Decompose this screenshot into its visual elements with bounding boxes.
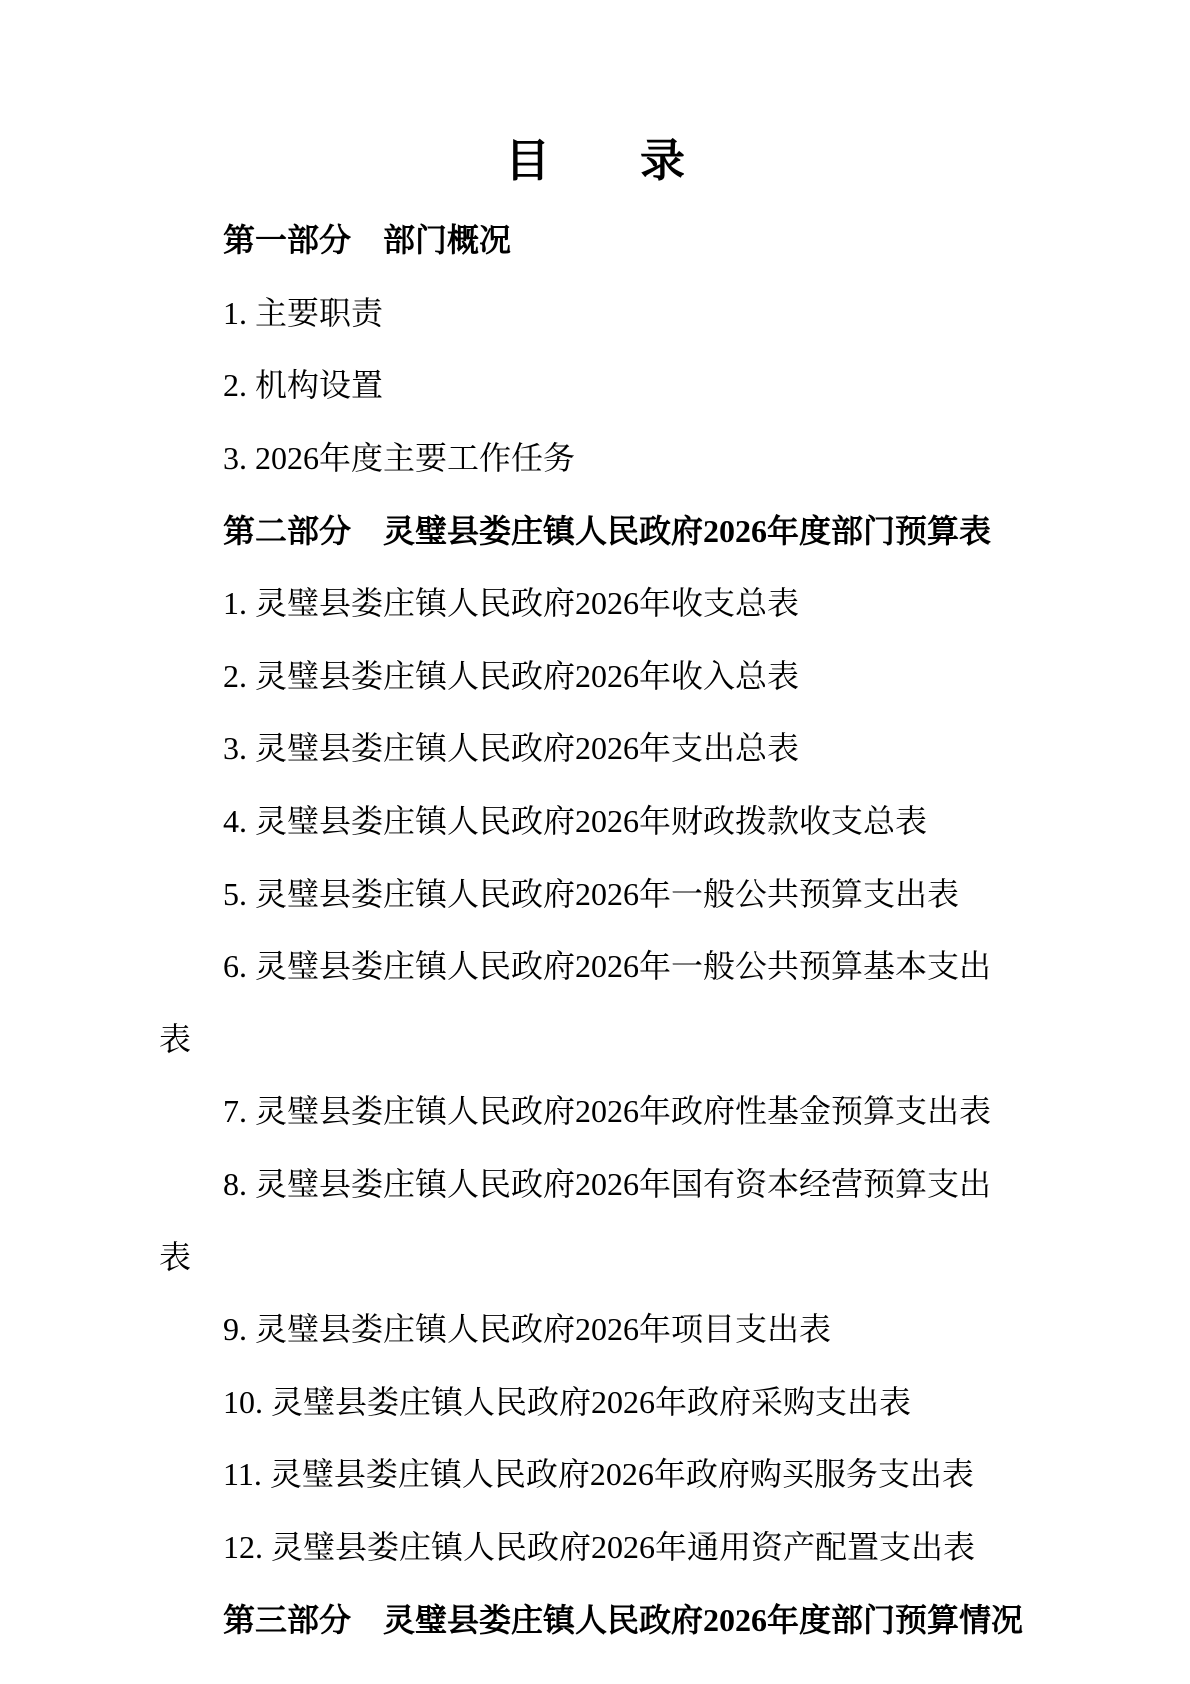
toc-line-heading-19: 第三部分 灵璧县娄庄镇人民政府2026年度部门预算情况	[159, 1581, 1059, 1654]
document-page: 目 录 第一部分 部门概况1. 主要职责2. 机构设置3. 2026年度主要工作…	[0, 0, 1190, 1684]
toc-line-wrap-11: 表	[159, 1001, 1059, 1074]
toc-line-item-6: 2. 灵璧县娄庄镇人民政府2026年收入总表	[159, 638, 1059, 711]
toc-line-item-18: 12. 灵璧县娄庄镇人民政府2026年通用资产配置支出表	[159, 1509, 1059, 1582]
toc-line-item-10: 6. 灵璧县娄庄镇人民政府2026年一般公共预算基本支出	[159, 928, 1059, 1001]
toc-line-item-13: 8. 灵璧县娄庄镇人民政府2026年国有资本经营预算支出	[159, 1146, 1059, 1219]
toc-line-item-12: 7. 灵璧县娄庄镇人民政府2026年政府性基金预算支出表	[159, 1073, 1059, 1146]
table-of-contents: 第一部分 部门概况1. 主要职责2. 机构设置3. 2026年度主要工作任务第二…	[159, 202, 1059, 1654]
toc-line-item-7: 3. 灵璧县娄庄镇人民政府2026年支出总表	[159, 710, 1059, 783]
toc-line-item-16: 10. 灵璧县娄庄镇人民政府2026年政府采购支出表	[159, 1364, 1059, 1437]
toc-line-item-15: 9. 灵璧县娄庄镇人民政府2026年项目支出表	[159, 1291, 1059, 1364]
toc-line-item-3: 3. 2026年度主要工作任务	[159, 420, 1059, 493]
toc-line-item-17: 11. 灵璧县娄庄镇人民政府2026年政府购买服务支出表	[159, 1436, 1059, 1509]
toc-line-item-8: 4. 灵璧县娄庄镇人民政府2026年财政拨款收支总表	[159, 783, 1059, 856]
toc-line-item-1: 1. 主要职责	[159, 275, 1059, 348]
toc-line-heading-0: 第一部分 部门概况	[159, 202, 1059, 275]
page-title: 目 录	[0, 132, 1190, 190]
toc-line-item-5: 1. 灵璧县娄庄镇人民政府2026年收支总表	[159, 565, 1059, 638]
toc-line-heading-4: 第二部分 灵璧县娄庄镇人民政府2026年度部门预算表	[159, 492, 1059, 565]
toc-line-item-2: 2. 机构设置	[159, 347, 1059, 420]
toc-line-item-9: 5. 灵璧县娄庄镇人民政府2026年一般公共预算支出表	[159, 855, 1059, 928]
toc-line-wrap-14: 表	[159, 1218, 1059, 1291]
